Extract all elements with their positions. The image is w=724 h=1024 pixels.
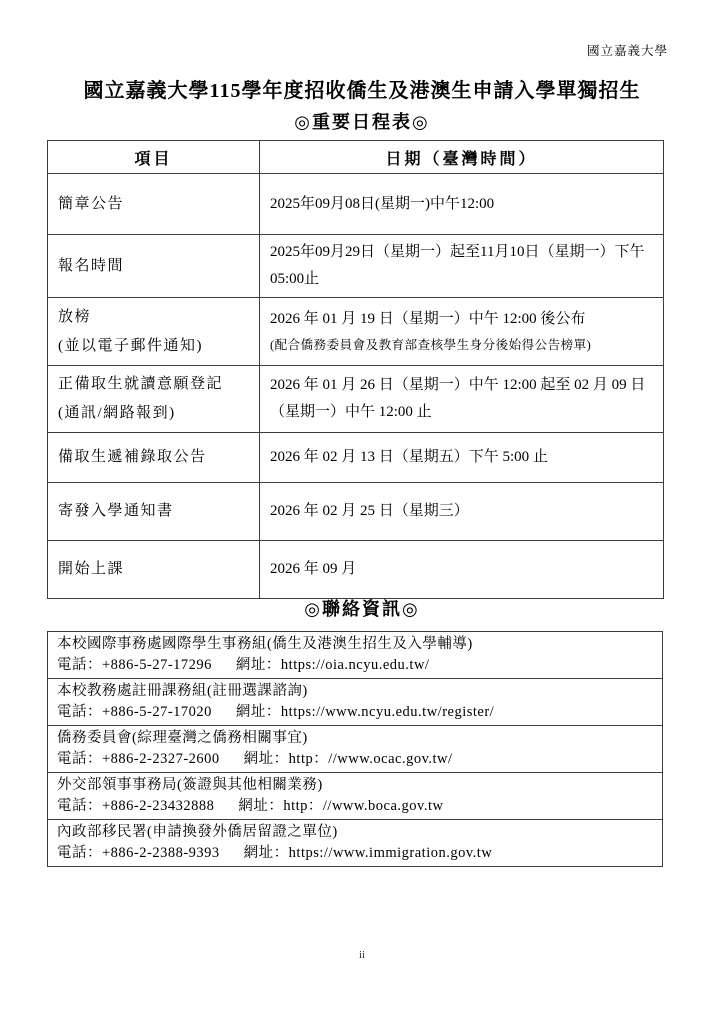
contact-cell: 僑務委員會(綜理臺灣之僑務相關事宜) 電話：+886-2-2327-2600網址…: [48, 726, 663, 773]
url-text: http：//www.ocac.gov.tw/: [289, 751, 453, 767]
contact-detail: 電話：+886-2-2388-9393網址：https://www.immigr…: [57, 843, 654, 864]
schedule-date: 2026 年 01 月 19 日（星期一）中午 12:00 後公布: [270, 306, 655, 333]
schedule-item: 開始上課: [58, 555, 251, 584]
contact-name: 內政部移民署(申請換發外僑居留證之單位): [57, 822, 654, 843]
phone-label: 電話：: [57, 798, 102, 814]
schedule-item: 寄發入學通知書: [58, 497, 251, 526]
schedule-item-cell: 報名時間: [48, 235, 260, 298]
schedule-table: 項目 日期（臺灣時間） 簡章公告 2025年09月08日(星期一)中午12:00…: [47, 140, 664, 599]
schedule-item: 報名時間: [58, 252, 251, 281]
schedule-item: 備取生遞補錄取公告: [58, 443, 251, 472]
schedule-item: 簡章公告: [58, 190, 251, 219]
contact-cell: 內政部移民署(申請換發外僑居留證之單位) 電話：+886-2-2388-9393…: [48, 820, 663, 867]
contacts-table: 本校國際事務處國際學生事務組(僑生及港澳生招生及入學輔導) 電話：+886-5-…: [47, 631, 663, 867]
schedule-date-note: (配合僑務委員會及教育部查核學生身分後始得公告榜單): [270, 333, 655, 357]
contact-cell: 本校國際事務處國際學生事務組(僑生及港澳生招生及入學輔導) 電話：+886-5-…: [48, 632, 663, 679]
contact-detail: 電話：+886-5-27-17020網址：https://www.ncyu.ed…: [57, 702, 654, 723]
phone-label: 電話：: [57, 751, 102, 767]
contact-detail: 電話：+886-2-23432888網址：http：//www.boca.gov…: [57, 796, 654, 817]
contact-row: 本校國際事務處國際學生事務組(僑生及港澳生招生及入學輔導) 電話：+886-5-…: [48, 632, 663, 679]
schedule-date: 2025年09月08日(星期一)中午12:00: [270, 191, 655, 218]
schedule-item-cell: 簡章公告: [48, 174, 260, 235]
contact-cell: 外交部領事事務局(簽證與其他相關業務) 電話：+886-2-23432888網址…: [48, 773, 663, 820]
phone-number: +886-2-2388-9393: [102, 845, 220, 861]
url-label: 網址：: [236, 704, 281, 720]
schedule-item-cell: 開始上課: [48, 541, 260, 599]
schedule-section-title: ◎重要日程表◎: [0, 108, 724, 134]
contact-cell: 本校教務處註冊課務組(註冊選課諮詢) 電話：+886-5-27-17020網址：…: [48, 679, 663, 726]
schedule-date-cell: 2026 年 02 月 13 日（星期五）下午 5:00 止: [260, 433, 664, 483]
table-row: 放榜 (並以電子郵件通知) 2026 年 01 月 19 日（星期一）中午 12…: [48, 298, 664, 366]
contact-row: 外交部領事事務局(簽證與其他相關業務) 電話：+886-2-23432888網址…: [48, 773, 663, 820]
corner-school-name: 國立嘉義大學: [587, 41, 668, 59]
schedule-date: 2025年09月29日（星期一）起至11月10日（星期一）下午05:00止: [270, 239, 655, 293]
document-page: 國立嘉義大學 國立嘉義大學115學年度招收僑生及港澳生申請入學單獨招生 ◎重要日…: [0, 0, 724, 1024]
url-label: 網址：: [238, 798, 283, 814]
contact-row: 僑務委員會(綜理臺灣之僑務相關事宜) 電話：+886-2-2327-2600網址…: [48, 726, 663, 773]
contact-row: 內政部移民署(申請換發外僑居留證之單位) 電話：+886-2-2388-9393…: [48, 820, 663, 867]
contact-detail: 電話：+886-5-27-17296網址：https://oia.ncyu.ed…: [57, 655, 654, 676]
contact-name: 本校國際事務處國際學生事務組(僑生及港澳生招生及入學輔導): [57, 634, 654, 655]
contact-section-title: ◎聯絡資訊◎: [0, 595, 724, 621]
column-header-item: 項目: [48, 141, 260, 174]
phone-label: 電話：: [57, 845, 102, 861]
url-label: 網址：: [236, 657, 281, 673]
page-number: ii: [0, 949, 724, 961]
schedule-date-cell: 2025年09月29日（星期一）起至11月10日（星期一）下午05:00止: [260, 235, 664, 298]
url-label: 網址：: [244, 845, 289, 861]
schedule-date: 2026 年 09 月: [270, 556, 655, 583]
column-header-date: 日期（臺灣時間）: [260, 141, 664, 174]
schedule-item-cell: 正備取生就讀意願登記 (通訊/網路報到): [48, 366, 260, 433]
table-row: 簡章公告 2025年09月08日(星期一)中午12:00: [48, 174, 664, 235]
table-row: 開始上課 2026 年 09 月: [48, 541, 664, 599]
phone-number: +886-5-27-17296: [102, 657, 212, 673]
contact-row: 本校教務處註冊課務組(註冊選課諮詢) 電話：+886-5-27-17020網址：…: [48, 679, 663, 726]
schedule-item: 正備取生就讀意願登記: [58, 370, 251, 399]
url-text: https://www.ncyu.edu.tw/register/: [281, 704, 494, 720]
schedule-item-cell: 備取生遞補錄取公告: [48, 433, 260, 483]
schedule-item-cell: 寄發入學通知書: [48, 483, 260, 541]
schedule-item-sub: (並以電子郵件通知): [58, 332, 251, 361]
schedule-date-cell: 2026 年 01 月 26 日（星期一）中午 12:00 起至 02 月 09…: [260, 366, 664, 433]
schedule-item: 放榜: [58, 303, 251, 332]
schedule-item-sub: (通訊/網路報到): [58, 399, 251, 428]
phone-label: 電話：: [57, 657, 102, 673]
contact-name: 僑務委員會(綜理臺灣之僑務相關事宜): [57, 728, 654, 749]
url-text: http：//www.boca.gov.tw: [283, 798, 443, 814]
schedule-date-cell: 2026 年 02 月 25 日（星期三）: [260, 483, 664, 541]
schedule-item-cell: 放榜 (並以電子郵件通知): [48, 298, 260, 366]
schedule-date-cell: 2026 年 09 月: [260, 541, 664, 599]
table-header-row: 項目 日期（臺灣時間）: [48, 141, 664, 174]
phone-number: +886-2-2327-2600: [102, 751, 220, 767]
schedule-date-cell: 2025年09月08日(星期一)中午12:00: [260, 174, 664, 235]
url-text: https://oia.ncyu.edu.tw/: [281, 657, 430, 673]
url-label: 網址：: [244, 751, 289, 767]
schedule-date: 2026 年 02 月 13 日（星期五）下午 5:00 止: [270, 444, 655, 471]
phone-label: 電話：: [57, 704, 102, 720]
table-row: 備取生遞補錄取公告 2026 年 02 月 13 日（星期五）下午 5:00 止: [48, 433, 664, 483]
table-row: 正備取生就讀意願登記 (通訊/網路報到) 2026 年 01 月 26 日（星期…: [48, 366, 664, 433]
phone-number: +886-2-23432888: [102, 798, 214, 814]
contact-detail: 電話：+886-2-2327-2600網址：http：//www.ocac.go…: [57, 749, 654, 770]
schedule-date-cell: 2026 年 01 月 19 日（星期一）中午 12:00 後公布 (配合僑務委…: [260, 298, 664, 366]
phone-number: +886-5-27-17020: [102, 704, 212, 720]
contact-name: 外交部領事事務局(簽證與其他相關業務): [57, 775, 654, 796]
page-title: 國立嘉義大學115學年度招收僑生及港澳生申請入學單獨招生: [0, 74, 724, 103]
schedule-date: 2026 年 02 月 25 日（星期三）: [270, 498, 655, 525]
table-row: 寄發入學通知書 2026 年 02 月 25 日（星期三）: [48, 483, 664, 541]
url-text: https://www.immigration.gov.tw: [289, 845, 493, 861]
schedule-date: 2026 年 01 月 26 日（星期一）中午 12:00 起至 02 月 09…: [270, 372, 655, 426]
table-row: 報名時間 2025年09月29日（星期一）起至11月10日（星期一）下午05:0…: [48, 235, 664, 298]
contact-name: 本校教務處註冊課務組(註冊選課諮詢): [57, 681, 654, 702]
